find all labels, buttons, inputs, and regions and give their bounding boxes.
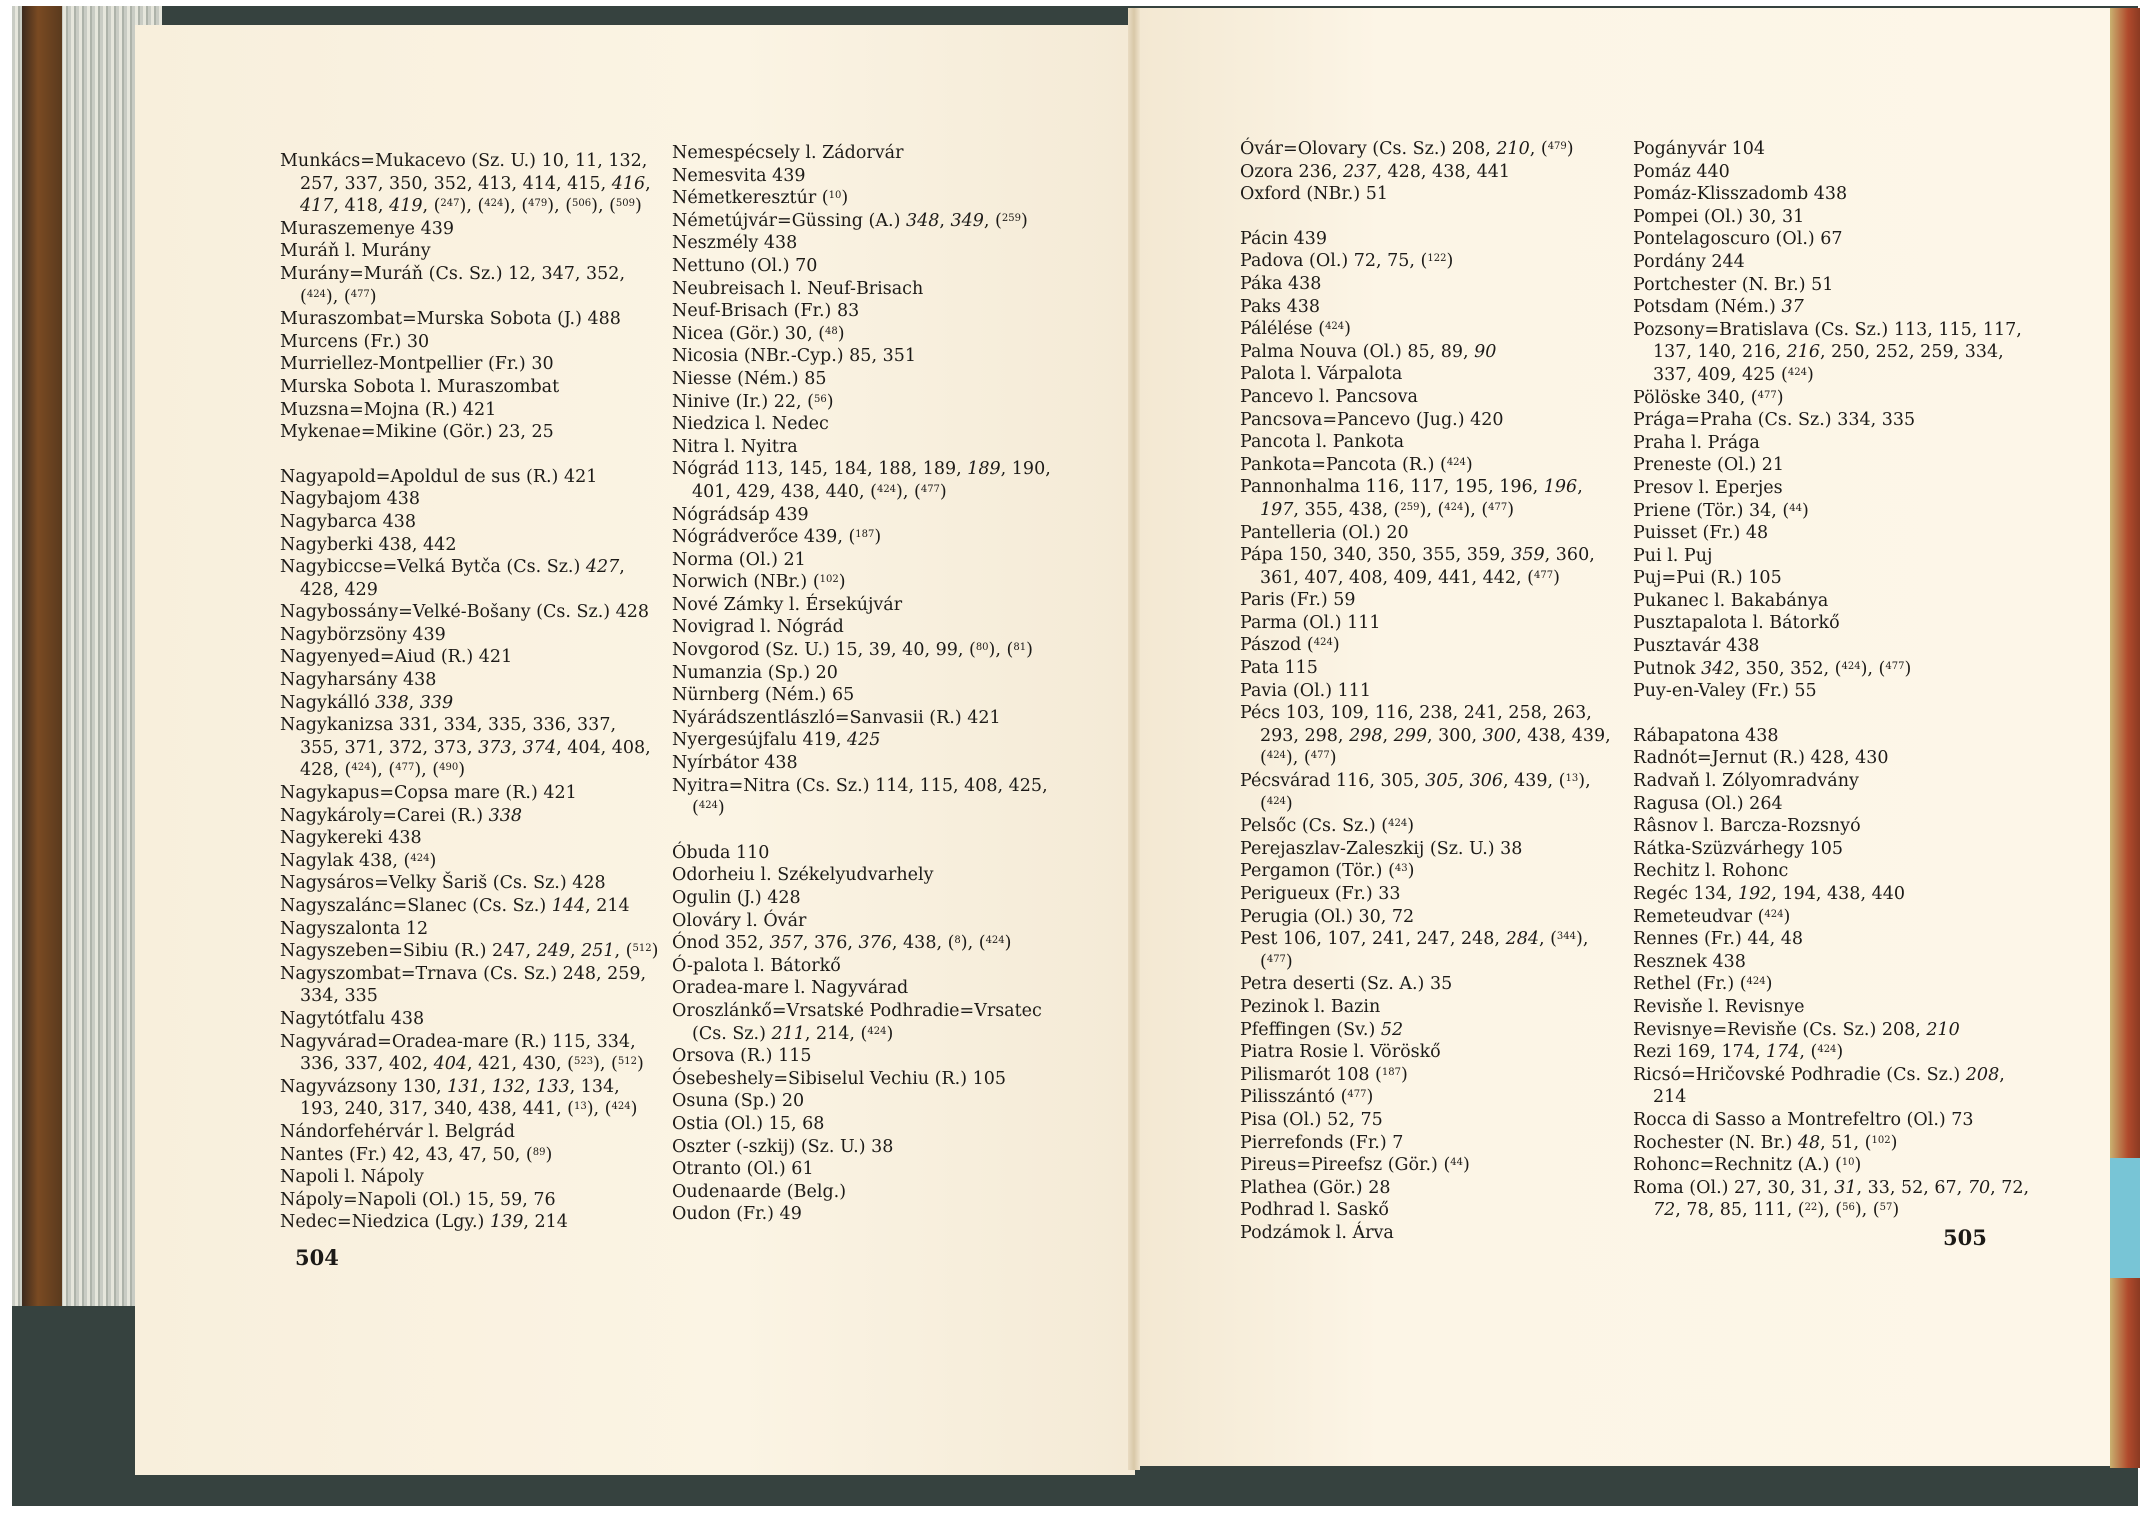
index-entry: Nagyszalánc=Slanec (Cs. Sz.) 144, 214 [280, 895, 660, 918]
index-entry: Pomáz-Klisszadomb 438 [1633, 183, 2033, 206]
index-entry: Murcens (Fr.) 30 [280, 331, 660, 354]
index-entry: Radvaň l. Zólyomradvány [1633, 770, 2033, 793]
index-entry: Nyergesújfalu 419, 425 [672, 729, 1052, 752]
index-entry: Munkács=Mukacevo (Sz. U.) 10, 11, 132, 2… [280, 150, 660, 218]
index-entry: Németújvár=Güssing (A.) 348, 349, (259) [672, 210, 1052, 233]
index-entry: Otranto (Ol.) 61 [672, 1158, 1052, 1181]
index-entry: Nyírbátor 438 [672, 752, 1052, 775]
index-entry: Pancota l. Pankota [1240, 431, 1620, 454]
index-entry: Nagyberki 438, 442 [280, 534, 660, 557]
index-entry: Puj=Pui (R.) 105 [1633, 567, 2033, 590]
index-entry: Murska Sobota l. Muraszombat [280, 376, 660, 399]
index-entry: Nagybarca 438 [280, 511, 660, 534]
index-entry: Paris (Fr.) 59 [1240, 589, 1620, 612]
section-gap [672, 820, 1052, 842]
index-entry: Nagykanizsa 331, 334, 335, 336, 337, 355… [280, 714, 660, 782]
index-entry: Prága=Praha (Cs. Sz.) 334, 335 [1633, 409, 2033, 432]
index-entry: Radnót=Jernut (R.) 428, 430 [1633, 747, 2033, 770]
index-entry: Nagyapold=Apoldul de sus (R.) 421 [280, 466, 660, 489]
index-entry: Rábapatona 438 [1633, 725, 2033, 748]
index-entry: Nemespécsely l. Zádorvár [672, 142, 1052, 165]
index-entry: Pancsova=Pancevo (Jug.) 420 [1240, 409, 1620, 432]
index-entry: Perigueux (Fr.) 33 [1240, 883, 1620, 906]
index-entry: Pankota=Pancota (R.) (424) [1240, 454, 1620, 477]
index-entry: Rethel (Fr.) (424) [1633, 973, 2033, 996]
index-entry: Niedzica l. Nedec [672, 413, 1052, 436]
index-entry: Parma (Ol.) 111 [1240, 612, 1620, 635]
index-entry: Pergamon (Tör.) (43) [1240, 860, 1620, 883]
index-entry: Óbuda 110 [672, 842, 1052, 865]
index-entry: Pilismarót 108 (187) [1240, 1064, 1620, 1087]
index-entry: Nagylak 438, (424) [280, 850, 660, 873]
index-column-4: Pogányvár 104Pomáz 440Pomáz-Klisszadomb … [1633, 138, 2033, 1222]
index-entry: Nagysáros=Velky Šariš (Cs. Sz.) 428 [280, 872, 660, 895]
index-entry: Neszmély 438 [672, 232, 1052, 255]
book-cover-right-edge [2110, 8, 2140, 1468]
index-entry: Novigrad l. Nógrád [672, 616, 1052, 639]
index-entry: Nagyszeben=Sibiu (R.) 247, 249, 251, (51… [280, 940, 660, 963]
index-entry: Rezi 169, 174, 174, (424) [1633, 1041, 2033, 1064]
index-entry: Pierrefonds (Fr.) 7 [1240, 1132, 1620, 1155]
section-gap [280, 444, 660, 466]
bookmark-tab [2110, 1158, 2140, 1278]
index-entry: Nándorfehérvár l. Belgrád [280, 1121, 660, 1144]
index-entry: Norma (Ol.) 21 [672, 549, 1052, 572]
index-entry: Oradea-mare l. Nagyvárad [672, 977, 1052, 1000]
index-entry: Pilisszántó (477) [1240, 1086, 1620, 1109]
index-entry: Regéc 134, 192, 194, 438, 440 [1633, 883, 2033, 906]
index-entry: Puisset (Fr.) 48 [1633, 522, 2033, 545]
section-gap [1633, 703, 2033, 725]
index-entry: Pata 115 [1240, 657, 1620, 680]
index-entry: Nagyvárad=Oradea-mare (R.) 115, 334, 336… [280, 1031, 660, 1076]
index-entry: Revisnye=Revisňe (Cs. Sz.) 208, 210 [1633, 1019, 2033, 1042]
index-entry: Nagyenyed=Aiud (R.) 421 [280, 646, 660, 669]
index-entry: Pusztavár 438 [1633, 635, 2033, 658]
index-entry: Nicea (Gör.) 30, (48) [672, 323, 1052, 346]
index-entry: Oudenaarde (Belg.) [672, 1181, 1052, 1204]
index-entry: Muzsna=Mojna (R.) 421 [280, 399, 660, 422]
index-entry: Petra deserti (Sz. A.) 35 [1240, 973, 1620, 996]
index-entry: Rocca di Sasso a Montrefeltro (Ol.) 73 [1633, 1109, 2033, 1132]
index-entry: Pogányvár 104 [1633, 138, 2033, 161]
index-entry: Nagyszalonta 12 [280, 918, 660, 941]
index-column-1: Munkács=Mukacevo (Sz. U.) 10, 11, 132, 2… [280, 150, 660, 1234]
index-entry: Ricsó=Hričovské Podhradie (Cs. Sz.) 208,… [1633, 1064, 2033, 1109]
index-entry: Odorheiu l. Székelyudvarhely [672, 864, 1052, 887]
index-entry: Pontelagoscuro (Ol.) 67 [1633, 228, 2033, 251]
index-column-3: Óvár=Olovary (Cs. Sz.) 208, 210, (479)Oz… [1240, 138, 1620, 1245]
index-entry: Portchester (N. Br.) 51 [1633, 274, 2033, 297]
index-entry: Pfeffingen (Sv.) 52 [1240, 1019, 1620, 1042]
index-entry: Ónod 352, 357, 376, 376, 438, (8), (424) [672, 932, 1052, 955]
index-entry: Presov l. Eperjes [1633, 477, 2033, 500]
index-entry: Perugia (Ol.) 30, 72 [1240, 906, 1620, 929]
index-entry: Nagybiccse=Velká Bytča (Cs. Sz.) 427, 42… [280, 556, 660, 601]
index-entry: Nagybajom 438 [280, 488, 660, 511]
index-entry: Numanzia (Sp.) 20 [672, 662, 1052, 685]
index-entry: Pécs 103, 109, 116, 238, 241, 258, 263, … [1240, 702, 1620, 770]
index-entry: Pui l. Puj [1633, 545, 2033, 568]
index-entry: Napoli l. Nápoly [280, 1166, 660, 1189]
index-entry: Nyitra=Nitra (Cs. Sz.) 114, 115, 408, 42… [672, 775, 1052, 820]
index-entry: Oudon (Fr.) 49 [672, 1203, 1052, 1226]
index-entry: Pest 106, 107, 241, 247, 248, 284, (344)… [1240, 928, 1620, 973]
index-entry: Pécsvárad 116, 305, 305, 306, 439, (13),… [1240, 770, 1620, 815]
index-entry: Nedec=Niedzica (Lgy.) 139, 214 [280, 1211, 660, 1234]
index-entry: Nagyvázsony 130, 131, 132, 133, 134, 193… [280, 1076, 660, 1121]
index-entry: Muraszemenye 439 [280, 218, 660, 241]
index-entry: Nagykároly=Carei (R.) 338 [280, 805, 660, 828]
index-entry: Pácin 439 [1240, 228, 1620, 251]
index-entry: Pukanec l. Bakabánya [1633, 590, 2033, 613]
index-entry: Muráň l. Murány [280, 240, 660, 263]
index-entry: Nagyharsány 438 [280, 669, 660, 692]
index-entry: Nógrád 113, 145, 184, 188, 189, 189, 190… [672, 458, 1052, 503]
index-entry: Resznek 438 [1633, 951, 2033, 974]
index-entry: Murriellez-Montpellier (Fr.) 30 [280, 353, 660, 376]
index-entry: Pompei (Ol.) 30, 31 [1633, 206, 2033, 229]
index-entry: Nagybörzsöny 439 [280, 624, 660, 647]
index-entry: Priene (Tör.) 34, (44) [1633, 500, 2033, 523]
index-entry: Palma Nouva (Ol.) 85, 89, 90 [1240, 341, 1620, 364]
index-entry: Rohonc=Rechnitz (A.) (10) [1633, 1154, 2033, 1177]
index-entry: Nagykálló 338, 339 [280, 692, 660, 715]
index-entry: Rennes (Fr.) 44, 48 [1633, 928, 2033, 951]
index-entry: Puy-en-Valey (Fr.) 55 [1633, 680, 2033, 703]
index-entry: Rátka-Szüzvárhegy 105 [1633, 838, 2033, 861]
index-entry: Ogulin (J.) 428 [672, 887, 1052, 910]
index-entry: Oxford (NBr.) 51 [1240, 183, 1620, 206]
index-entry: Plathea (Gör.) 28 [1240, 1177, 1620, 1200]
index-entry: Mykenae=Mikine (Gör.) 23, 25 [280, 421, 660, 444]
index-entry: Pálélése (424) [1240, 318, 1620, 341]
index-entry: Putnok 342, 350, 352, (424), (477) [1633, 658, 2033, 681]
index-entry: Palota l. Várpalota [1240, 363, 1620, 386]
index-entry: Nantes (Fr.) 42, 43, 47, 50, (89) [280, 1144, 660, 1167]
index-entry: Oroszlánkő=Vrsatské Podhradie=Vrsatec (C… [672, 1000, 1052, 1045]
index-entry: Nógrádverőce 439, (187) [672, 526, 1052, 549]
index-entry: Páka 438 [1240, 273, 1620, 296]
index-entry: Pozsony=Bratislava (Cs. Sz.) 113, 115, 1… [1633, 319, 2033, 387]
index-entry: Pölöske 340, (477) [1633, 387, 2033, 410]
page-number-left: 504 [295, 1245, 339, 1270]
index-entry: Remeteudvar (424) [1633, 906, 2033, 929]
index-entry: Nicosia (NBr.-Cyp.) 85, 351 [672, 345, 1052, 368]
book-gutter [1128, 8, 1140, 1470]
index-entry: Rochester (N. Br.) 48, 51, (102) [1633, 1132, 2033, 1155]
index-entry: Piatra Rosie l. Vöröskő [1240, 1041, 1620, 1064]
index-entry: Preneste (Ol.) 21 [1633, 454, 2033, 477]
index-entry: Nógrádsáp 439 [672, 504, 1052, 527]
index-entry: Paks 438 [1240, 296, 1620, 319]
index-entry: Pavia (Ol.) 111 [1240, 680, 1620, 703]
index-entry: Nagytótfalu 438 [280, 1008, 660, 1031]
index-entry: Pápa 150, 340, 350, 355, 359, 359, 360, … [1240, 544, 1620, 589]
index-entry: Pezinok l. Bazin [1240, 996, 1620, 1019]
index-entry: Nettuno (Ol.) 70 [672, 255, 1052, 278]
index-entry: Ósebeshely=Sibiselul Vechiu (R.) 105 [672, 1068, 1052, 1091]
index-entry: Revisňe l. Revisnye [1633, 996, 2033, 1019]
index-entry: Nagykapus=Copsa mare (R.) 421 [280, 782, 660, 805]
index-entry: Nürnberg (Ném.) 65 [672, 684, 1052, 707]
index-entry: Perejaszlav-Zaleszkij (Sz. U.) 38 [1240, 838, 1620, 861]
index-entry: Muraszombat=Murska Sobota (J.) 488 [280, 308, 660, 331]
index-entry: Orsova (R.) 115 [672, 1045, 1052, 1068]
index-entry: Rechitz l. Rohonc [1633, 860, 2033, 883]
index-entry: Nyárádszentlászló=Sanvasii (R.) 421 [672, 707, 1052, 730]
index-entry: Praha l. Prága [1633, 432, 2033, 455]
index-entry: Nitra l. Nyitra [672, 436, 1052, 459]
index-column-2: Nemespécsely l. ZádorvárNemesvita 439Ném… [672, 142, 1052, 1226]
index-entry: Oszter (-szkij) (Sz. U.) 38 [672, 1136, 1052, 1159]
index-entry: Novgorod (Sz. U.) 15, 39, 40, 99, (80), … [672, 639, 1052, 662]
index-entry: Ragusa (Ol.) 264 [1633, 793, 2033, 816]
index-entry: Olováry l. Óvár [672, 910, 1052, 933]
index-entry: Óvár=Olovary (Cs. Sz.) 208, 210, (479) [1240, 138, 1620, 161]
index-entry: Nagyszombat=Trnava (Cs. Sz.) 248, 259, 3… [280, 963, 660, 1008]
index-entry: Németkeresztúr (10) [672, 187, 1052, 210]
index-entry: Pisa (Ol.) 52, 75 [1240, 1109, 1620, 1132]
index-entry: Pászod (424) [1240, 634, 1620, 657]
index-entry: Pordány 244 [1633, 251, 2033, 274]
index-entry: Norwich (NBr.) (102) [672, 571, 1052, 594]
index-entry: Ó-palota l. Bátorkő [672, 955, 1052, 978]
index-entry: Pomáz 440 [1633, 161, 2033, 184]
index-entry: Pusztapalota l. Bátorkő [1633, 612, 2033, 635]
index-entry: Roma (Ol.) 27, 30, 31, 31, 33, 52, 67, 7… [1633, 1177, 2033, 1222]
index-entry: Pancevo l. Pancsova [1240, 386, 1620, 409]
index-entry: Neuf-Brisach (Fr.) 83 [672, 300, 1052, 323]
index-entry: Pantelleria (Ol.) 20 [1240, 522, 1620, 545]
index-entry: Potsdam (Ném.) 37 [1633, 296, 2033, 319]
index-entry: Nagykereki 438 [280, 827, 660, 850]
index-entry: Nápoly=Napoli (Ol.) 15, 59, 76 [280, 1189, 660, 1212]
index-entry: Murány=Muráň (Cs. Sz.) 12, 347, 352, (42… [280, 263, 660, 308]
index-entry: Ostia (Ol.) 15, 68 [672, 1113, 1052, 1136]
index-entry: Ozora 236, 237, 428, 438, 441 [1240, 161, 1620, 184]
index-entry: Nagybossány=Velké-Bošany (Cs. Sz.) 428 [280, 601, 660, 624]
index-entry: Osuna (Sp.) 20 [672, 1090, 1052, 1113]
index-entry: Pireus=Pireefsz (Gör.) (44) [1240, 1154, 1620, 1177]
index-entry: Pannonhalma 116, 117, 195, 196, 196, 197… [1240, 476, 1620, 521]
index-entry: Pelsőc (Cs. Sz.) (424) [1240, 815, 1620, 838]
section-gap [1240, 206, 1620, 228]
index-entry: Râsnov l. Barcza-Rozsnyó [1633, 815, 2033, 838]
index-entry: Podhrad l. Saskő [1240, 1199, 1620, 1222]
index-entry: Podzámok l. Árva [1240, 1222, 1620, 1245]
book-cover-edge [22, 6, 62, 1306]
index-entry: Padova (Ol.) 72, 75, (122) [1240, 250, 1620, 273]
page-number-right: 505 [1943, 1225, 1987, 1250]
index-entry: Neubreisach l. Neuf-Brisach [672, 278, 1052, 301]
index-entry: Nemesvita 439 [672, 165, 1052, 188]
index-entry: Nové Zámky l. Érsekújvár [672, 594, 1052, 617]
index-entry: Niesse (Ném.) 85 [672, 368, 1052, 391]
index-entry: Ninive (Ir.) 22, (56) [672, 391, 1052, 414]
